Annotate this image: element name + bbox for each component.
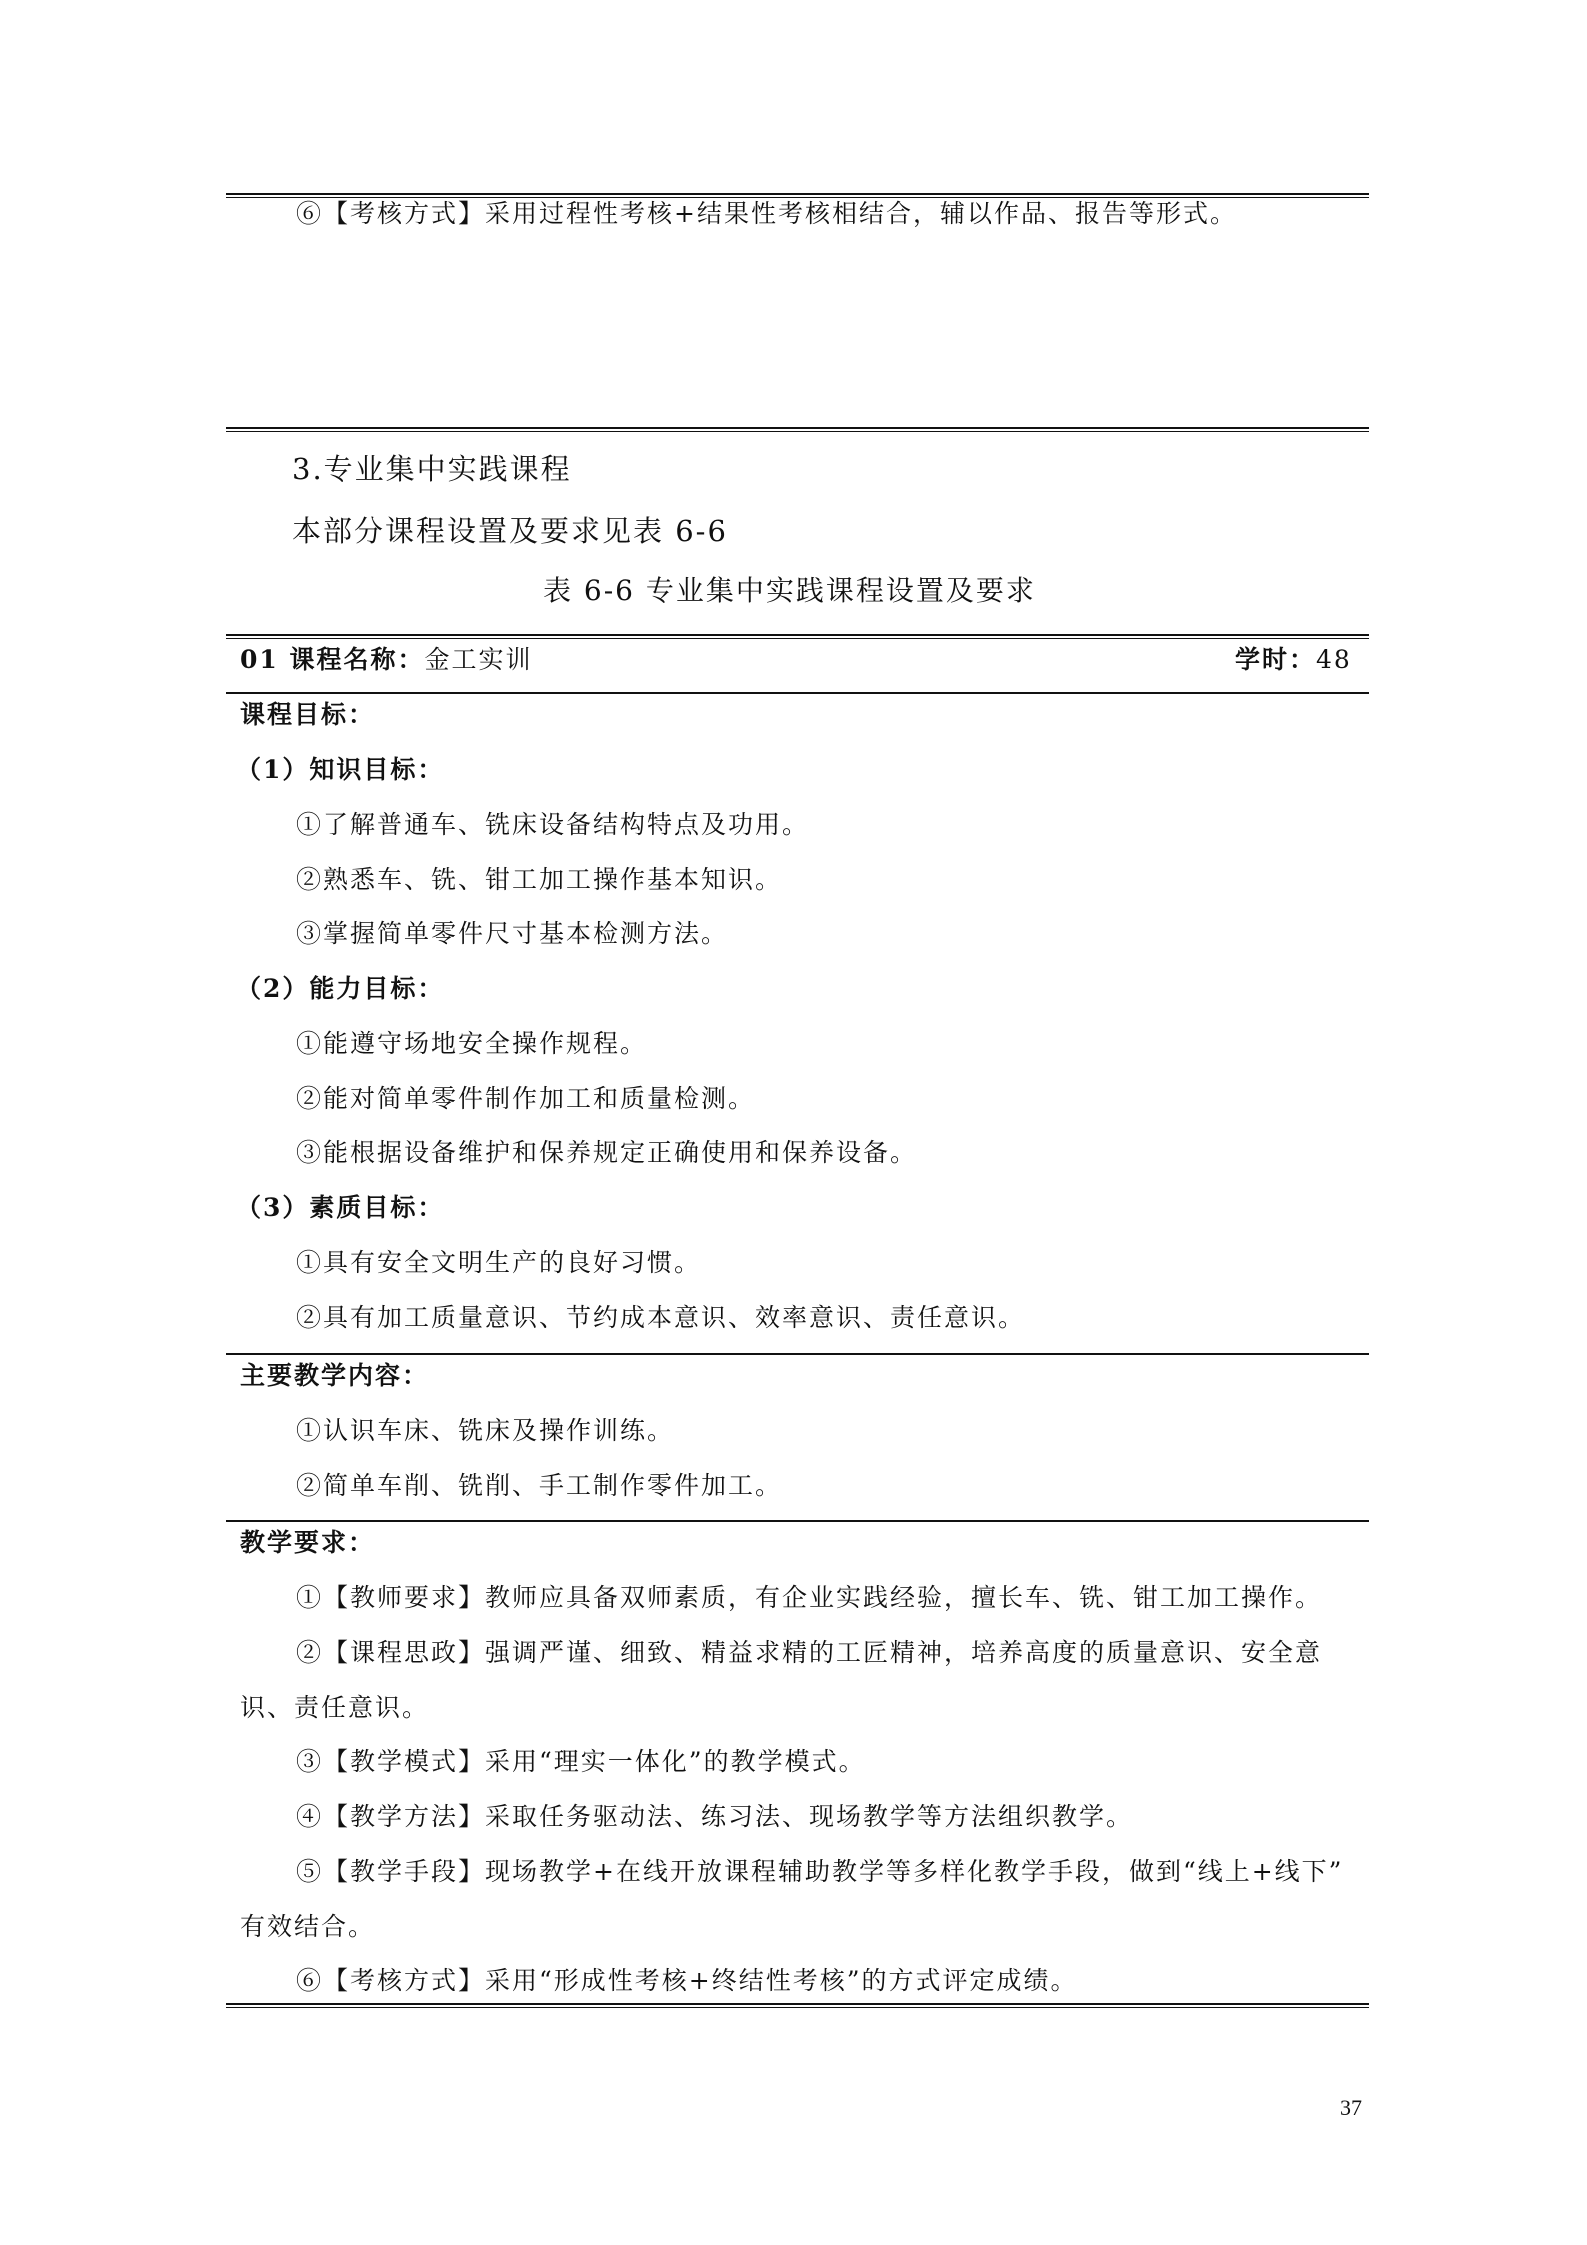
content-item: ②简单车削、铣削、手工制作零件加工。 (296, 1470, 782, 1502)
hours-label: 学时： (1235, 645, 1316, 674)
table-caption: 表 6-6 专业集中实践课程设置及要求 (543, 575, 1036, 607)
knowledge-item: ②熟悉车、铣、钳工加工操作基本知识。 (296, 864, 782, 896)
requirements-label: 教学要求： (240, 1527, 375, 1559)
assessment-line-prev: ⑥【考核方式】采用过程性考核+结果性考核相结合，辅以作品、报告等形式。 (296, 198, 1237, 230)
requirement-item: ①【教师要求】教师应具备双师素质，有企业实践经验，擅长车、铣、钳工加工操作。 (296, 1582, 1322, 1614)
knowledge-label: （1）知识目标： (236, 754, 444, 786)
requirement-item: ⑥【考核方式】采用“形成性考核+终结性考核”的方式评定成绩。 (296, 1965, 1078, 1997)
course-name-label: 01 课程名称： (240, 645, 425, 674)
requirement-item: ②【课程思政】强调严谨、细致、精益求精的工匠精神，培养高度的质量意识、安全意 (296, 1637, 1322, 1669)
requirement-item-cont: 有效结合。 (240, 1911, 375, 1943)
content-label: 主要教学内容： (240, 1360, 429, 1392)
requirement-item-cont: 识、责任意识。 (240, 1692, 429, 1724)
page-number: 37 (1340, 2095, 1362, 2121)
hours-value: 48 (1316, 645, 1352, 674)
objectives-label: 课程目标： (240, 699, 375, 731)
quality-item: ①具有安全文明生产的良好习惯。 (296, 1247, 701, 1279)
requirement-item: ③【教学模式】采用“理实一体化”的教学模式。 (296, 1746, 866, 1778)
ability-item: ②能对简单零件制作加工和质量检测。 (296, 1083, 755, 1115)
rule-objectives (226, 692, 1369, 694)
rule-requirements (226, 1520, 1369, 1522)
ability-label: （2）能力目标： (236, 973, 444, 1005)
course-name-value: 金工实训 (425, 645, 533, 674)
course-hours: 学时：48 (1235, 644, 1352, 676)
table-top-rule (226, 634, 1369, 639)
quality-item: ②具有加工质量意识、节约成本意识、效率意识、责任意识。 (296, 1302, 1025, 1334)
requirement-item: ④【教学方法】采取任务驱动法、练习法、现场教学等方法组织教学。 (296, 1801, 1133, 1833)
knowledge-item: ①了解普通车、铣床设备结构特点及功用。 (296, 809, 809, 841)
requirement-item: ⑤【教学手段】现场教学+在线开放课程辅助教学等多样化教学手段，做到“线上+线下” (296, 1856, 1343, 1888)
quality-label: （3）素质目标： (236, 1192, 444, 1224)
rule-section (226, 427, 1369, 432)
ability-item: ①能遵守场地安全操作规程。 (296, 1028, 647, 1060)
table-bottom-rule (226, 2003, 1369, 2008)
section-intro: 本部分课程设置及要求见表 6-6 (292, 515, 728, 547)
ability-item: ③能根据设备维护和保养规定正确使用和保养设备。 (296, 1137, 917, 1169)
rule-content (226, 1353, 1369, 1355)
content-item: ①认识车床、铣床及操作训练。 (296, 1415, 674, 1447)
course-name-row: 01 课程名称：金工实训 (240, 644, 533, 676)
section-heading: 3.专业集中实践课程 (292, 453, 572, 485)
knowledge-item: ③掌握简单零件尺寸基本检测方法。 (296, 918, 728, 950)
